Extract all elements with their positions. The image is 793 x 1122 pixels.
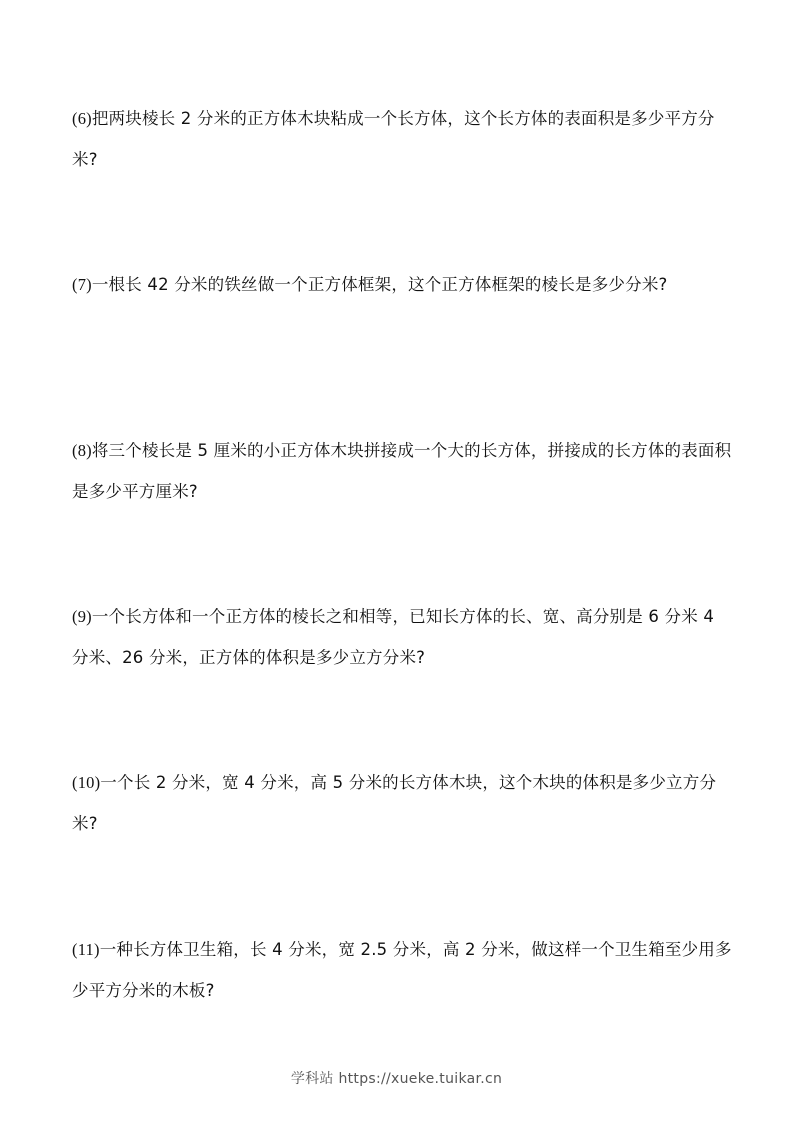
question-11: (11)一种长方体卫生箱，长 4 分米，宽 2.5 分米，高 2 分米，做这样一… <box>72 929 732 1011</box>
question-number: (10) <box>72 773 100 792</box>
question-10: (10)一个长 2 分米，宽 4 分米，高 5 分米的长方体木块，这个木块的体积… <box>72 762 732 844</box>
question-text: 一根长 42 分米的铁丝做一个正方体框架，这个正方体框架的棱长是多少分米? <box>92 275 668 294</box>
question-number: (8) <box>72 441 92 460</box>
question-text: 一个长方体和一个正方体的棱长之和相等，已知长方体的长、宽、高分别是 6 分米 4… <box>72 607 714 667</box>
question-text: 一种长方体卫生箱，长 4 分米，宽 2.5 分米，高 2 分米，做这样一个卫生箱… <box>72 940 732 1000</box>
question-text: 把两块棱长 2 分米的正方体木块粘成一个长方体，这个长方体的表面积是多少平方分米… <box>72 109 715 169</box>
question-number: (9) <box>72 607 92 626</box>
question-7: (7)一根长 42 分米的铁丝做一个正方体框架，这个正方体框架的棱长是多少分米? <box>72 264 732 305</box>
question-number: (6) <box>72 109 92 128</box>
question-8: (8)将三个棱长是 5 厘米的小正方体木块拼接成一个大的长方体，拼接成的长方体的… <box>72 430 732 512</box>
footer-watermark: 学科站 https://xueke.tuikar.cn <box>0 1068 793 1088</box>
question-text: 将三个棱长是 5 厘米的小正方体木块拼接成一个大的长方体，拼接成的长方体的表面积… <box>72 441 731 501</box>
question-number: (11) <box>72 940 100 959</box>
question-6: (6)把两块棱长 2 分米的正方体木块粘成一个长方体，这个长方体的表面积是多少平… <box>72 98 732 180</box>
question-number: (7) <box>72 275 92 294</box>
question-9: (9)一个长方体和一个正方体的棱长之和相等，已知长方体的长、宽、高分别是 6 分… <box>72 596 732 678</box>
question-text: 一个长 2 分米，宽 4 分米，高 5 分米的长方体木块，这个木块的体积是多少立… <box>72 773 716 833</box>
